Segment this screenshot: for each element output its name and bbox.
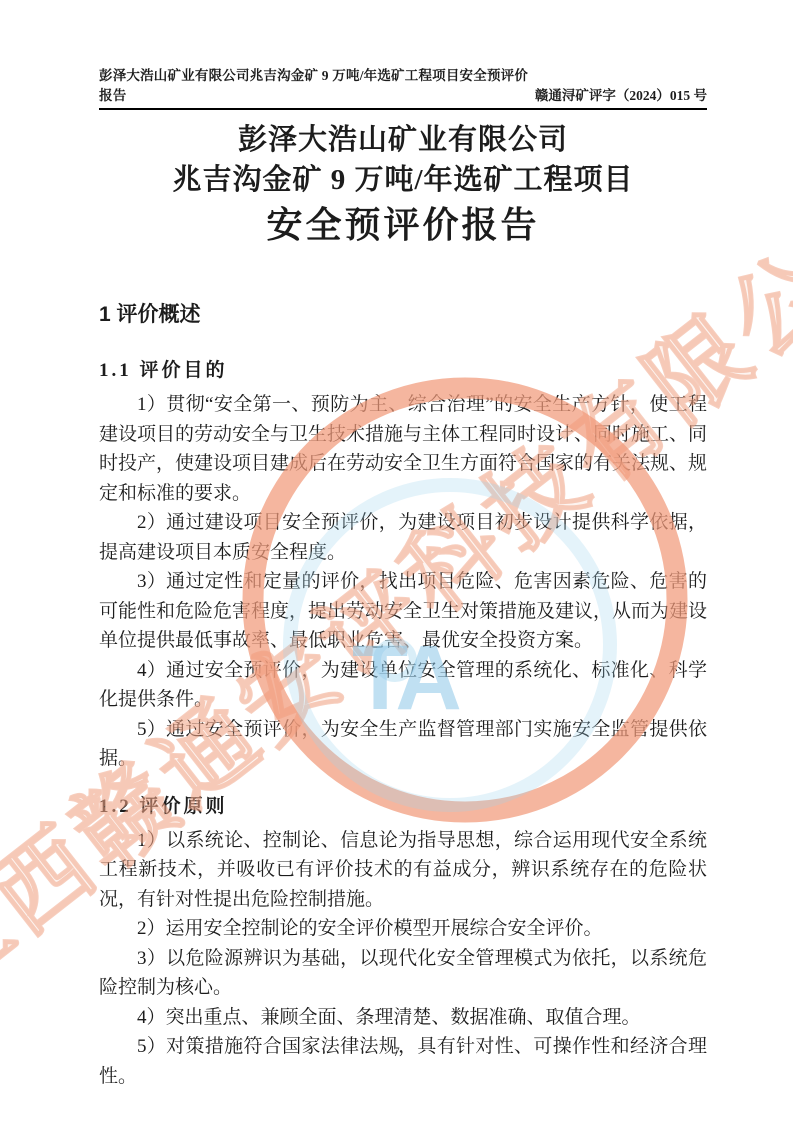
paragraph: 1）贯彻“安全第一、预防为主、综合治理”的安全生产方针，使工程建设项目的劳动安全… bbox=[99, 390, 707, 508]
section-heading-1: 1 评价概述 bbox=[99, 298, 707, 328]
subsection-heading-1-1: 1.1 评价目的 bbox=[99, 355, 707, 382]
project-title: 兆吉沟金矿 9 万吨/年选矿工程项目 bbox=[99, 160, 707, 200]
report-title: 安全预评价报告 bbox=[99, 202, 707, 248]
subsection-1-2-body: 1）以系统论、控制论、信息论为指导思想，综合运用现代安全系统工程新技术，并吸收已… bbox=[99, 826, 707, 1092]
company-title: 彭泽大浩山矿业有限公司 bbox=[99, 120, 707, 160]
paragraph: 3）以危险源辨识为基础，以现代化安全管理模式为依托，以系统危险控制为核心。 bbox=[99, 944, 707, 1003]
title-block: 彭泽大浩山矿业有限公司 兆吉沟金矿 9 万吨/年选矿工程项目 安全预评价报告 bbox=[99, 120, 707, 248]
paragraph: 1）以系统论、控制论、信息论为指导思想，综合运用现代安全系统工程新技术，并吸收已… bbox=[99, 826, 707, 915]
paragraph: 5）对策措施符合国家法律法规，具有针对性、可操作性和经济合理性。 bbox=[99, 1032, 707, 1091]
page-header: 彭泽大浩山矿业有限公司兆吉沟金矿 9 万吨/年选矿工程项目安全预评价报告 赣通浔… bbox=[99, 64, 707, 110]
paragraph: 2）通过建设项目安全预评价，为建设项目初步设计提供科学依据，提高建设项目本质安全… bbox=[99, 508, 707, 567]
header-running-title: 彭泽大浩山矿业有限公司兆吉沟金矿 9 万吨/年选矿工程项目安全预评价报告 bbox=[99, 64, 535, 104]
paragraph: 3）通过定性和定量的评价，找出项目危险、危害因素危险、危害的可能性和危险危害程度… bbox=[99, 567, 707, 656]
paragraph: 4）突出重点、兼顾全面、条理清楚、数据准确、取值合理。 bbox=[99, 1003, 707, 1033]
subsection-heading-1-2: 1.2 评价原则 bbox=[99, 791, 707, 818]
page-content: 彭泽大浩山矿业有限公司兆吉沟金矿 9 万吨/年选矿工程项目安全预评价报告 赣通浔… bbox=[0, 0, 793, 1091]
paragraph: 4）通过安全预评价，为建设单位安全管理的系统化、标准化、科学化提供条件。 bbox=[99, 656, 707, 715]
paragraph: 2）运用安全控制论的安全评价模型开展综合安全评价。 bbox=[99, 914, 707, 944]
header-doc-number: 赣通浔矿评字（2024）015 号 bbox=[535, 84, 707, 104]
paragraph: 5）通过安全预评价，为安全生产监督管理部门实施安全监管提供依据。 bbox=[99, 715, 707, 774]
subsection-1-1-body: 1）贯彻“安全第一、预防为主、综合治理”的安全生产方针，使工程建设项目的劳动安全… bbox=[99, 390, 707, 774]
document-page: 彭泽大浩山矿业有限公司兆吉沟金矿 9 万吨/年选矿工程项目安全预评价报告 赣通浔… bbox=[0, 0, 793, 1122]
